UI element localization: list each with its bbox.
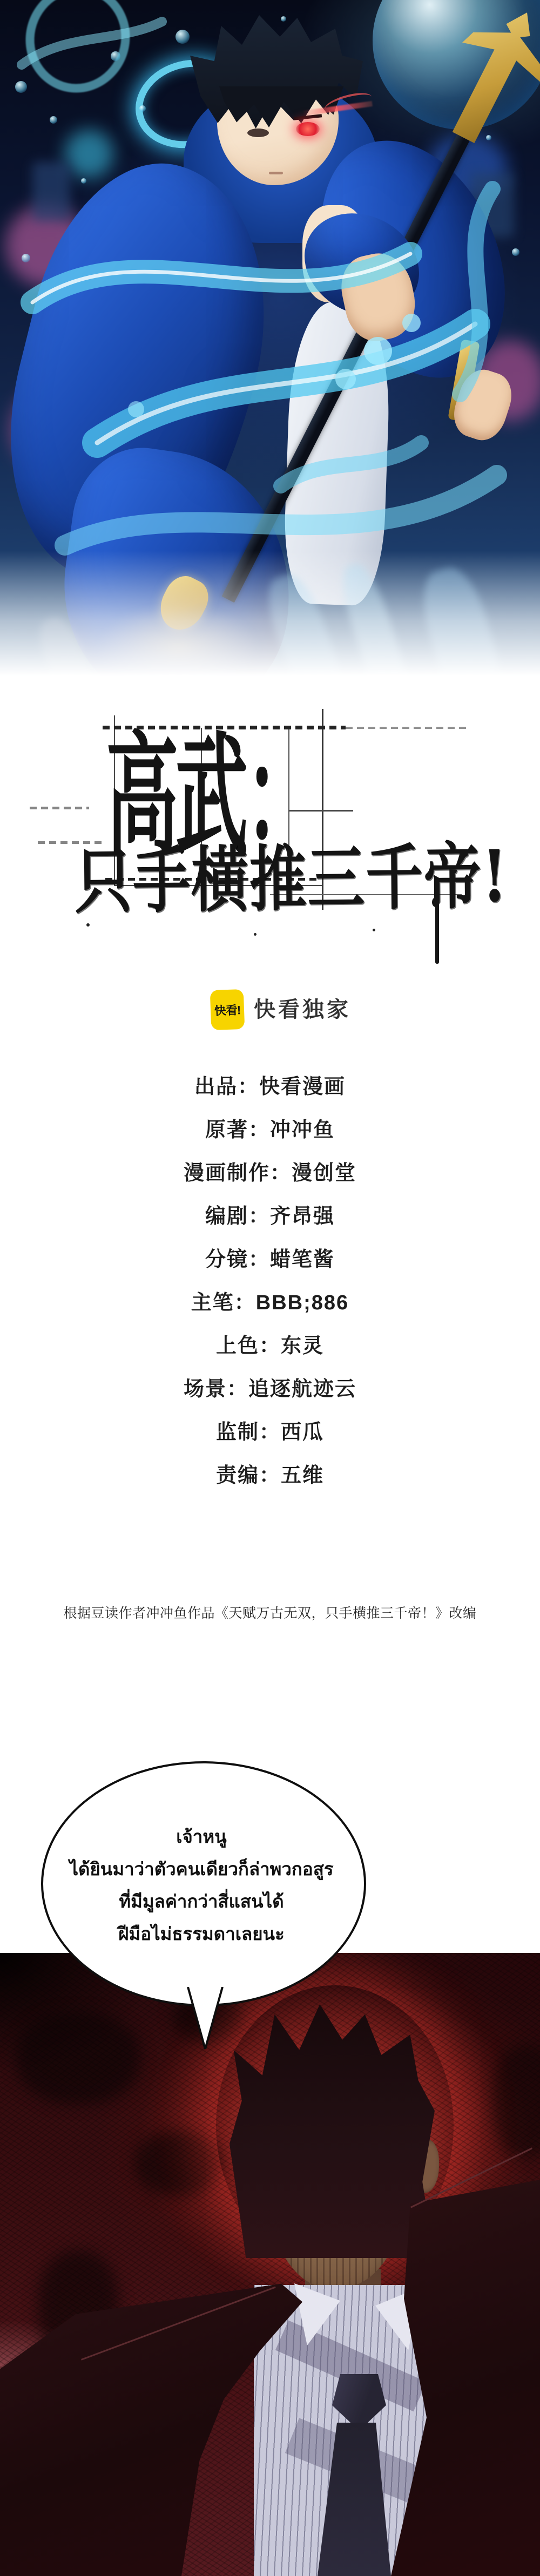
credit-line: 分镜：蜡笔酱 bbox=[0, 1238, 540, 1281]
bottom-panel-artwork bbox=[0, 1953, 540, 2576]
ink-splatter bbox=[373, 929, 375, 931]
credit-line: 场景：追逐航迹云 bbox=[0, 1368, 540, 1411]
credit-line: 漫画制作：漫创堂 bbox=[0, 1152, 540, 1195]
kuaikan-badge-icon: 快看! bbox=[210, 989, 245, 1030]
credit-line: 上色：东灵 bbox=[0, 1324, 540, 1368]
credit-line: 监制：西瓜 bbox=[0, 1411, 540, 1454]
credit-line: 原著：冲冲鱼 bbox=[0, 1108, 540, 1152]
comic-page: 高武： 只手横推三千帝! 快看! 快看独家 出品：快看漫画 原著：冲冲鱼 漫画制… bbox=[0, 0, 540, 2576]
credit-line: 主笔：BBB;886 bbox=[0, 1281, 540, 1324]
bubble-line: ได้ยินมาว่าตัวคนเดียวก็ล่าพวกอสูร bbox=[41, 1853, 362, 1885]
bubble-line: เจ้าหนู bbox=[41, 1821, 362, 1853]
ink-drip-head bbox=[432, 897, 440, 907]
bubble-line: ที่มีมูลค่ากว่าสี่แสนได้ bbox=[41, 1885, 362, 1918]
bubble-line: ฝีมือไม่ธรรมดาเลยนะ bbox=[41, 1918, 362, 1950]
grid-hline-top-ext bbox=[346, 727, 470, 729]
ink-splatter bbox=[86, 923, 90, 927]
glitch-dash bbox=[30, 807, 89, 809]
publisher-label: 快看独家 bbox=[254, 990, 351, 1030]
kuaikan-badge-text: 快看! bbox=[214, 1001, 240, 1019]
credit-line: 出品：快看漫画 bbox=[0, 1065, 540, 1108]
credits-list: 出品：快看漫画 原著：冲冲鱼 漫画制作：漫创堂 编剧：齐昂强 分镜：蜡笔酱 主笔… bbox=[0, 1065, 540, 1497]
speech-bubble-text: เจ้าหนู ได้ยินมาว่าตัวคนเดียวก็ล่าพวกอสู… bbox=[41, 1821, 362, 1950]
ink-drip bbox=[435, 902, 439, 964]
credit-line: 责编：五维 bbox=[0, 1454, 540, 1497]
speech-bubble-tail bbox=[178, 1987, 232, 2052]
white-fade bbox=[0, 551, 540, 707]
title-line2: 只手横推三千帝! bbox=[75, 841, 509, 917]
adaptation-note: 根据豆读作者冲冲鱼作品《天赋万古无双，只手横推三千帝！》改编 bbox=[0, 1603, 540, 1622]
credit-line: 编剧：齐昂强 bbox=[0, 1195, 540, 1238]
hero-artwork bbox=[0, 0, 540, 707]
ink-splatter bbox=[254, 933, 256, 936]
